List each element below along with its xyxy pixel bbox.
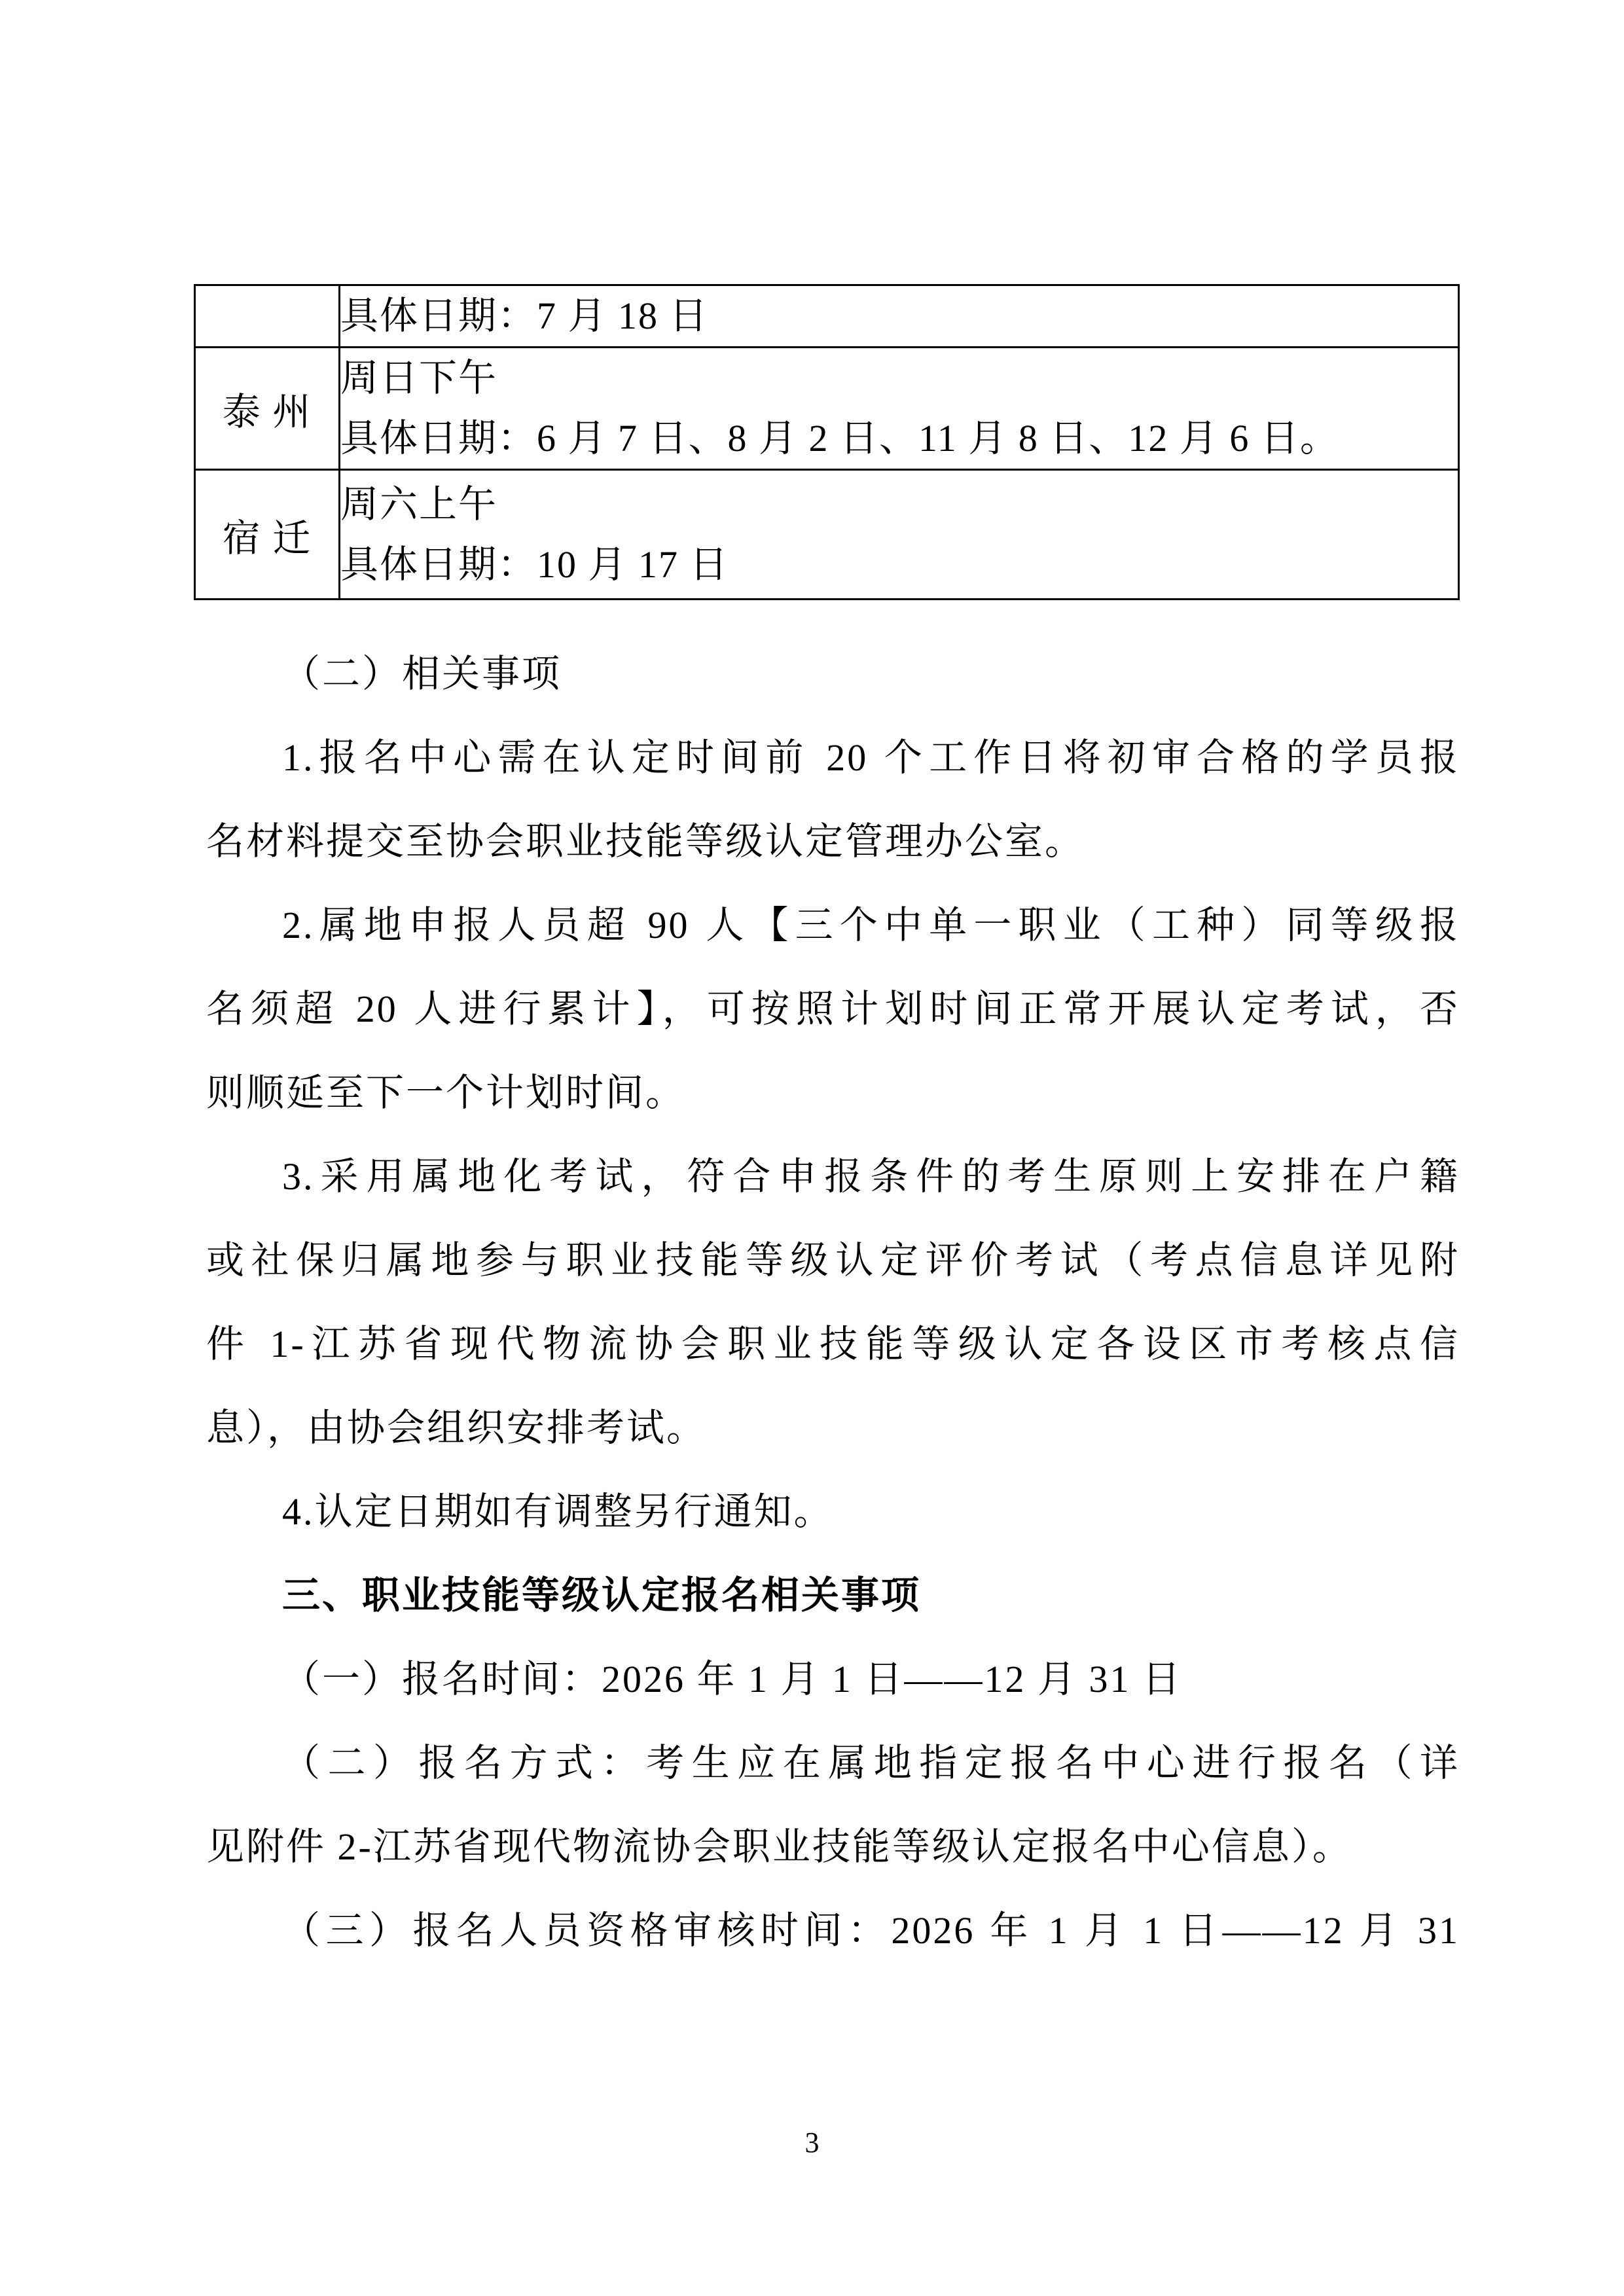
body-line: 见附件 2-江苏省现代物流协会职业技能等级认定报名中心信息）。	[206, 1805, 1460, 1889]
body-line: 名材料提交至协会职业技能等级认定管理办公室。	[206, 800, 1460, 884]
schedule-cell: 具体日期：7 月 18 日	[340, 285, 1459, 348]
body-line: 或社保归属地参与职业技能等级认定评价考试（考点信息详见附	[206, 1219, 1460, 1302]
city-cell: 泰 州	[195, 348, 340, 470]
body-line: 1.报名中心需在认定时间前 20 个工作日将初审合格的学员报	[206, 716, 1460, 800]
schedule-line: 周日下午	[340, 348, 1458, 408]
body-line: （二）报名方式：考生应在属地指定报名中心进行报名（详	[206, 1721, 1460, 1805]
body-line: 则顺延至下一个计划时间。	[206, 1051, 1460, 1135]
table-row-taizhou: 泰 州 周日下午 具体日期：6 月 7 日、8 月 2 日、11 月 8 日、1…	[195, 348, 1459, 470]
body-line: 息），由协会组织安排考试。	[206, 1386, 1460, 1470]
table-row-continuation: 具体日期：7 月 18 日	[195, 285, 1459, 348]
body-line: 4.认定日期如有调整另行通知。	[206, 1470, 1460, 1554]
schedule-line: 周六上午	[340, 475, 1458, 535]
city-cell-empty	[195, 285, 340, 348]
body-line: （二）相关事项	[206, 632, 1460, 716]
schedule-cell: 周日下午 具体日期：6 月 7 日、8 月 2 日、11 月 8 日、12 月 …	[340, 348, 1459, 470]
body-text-block: （二）相关事项 1.报名中心需在认定时间前 20 个工作日将初审合格的学员报 名…	[206, 632, 1460, 1973]
body-line: （三）报名人员资格审核时间：2026 年 1 月 1 日——12 月 31	[206, 1889, 1460, 1973]
document-page: 具体日期：7 月 18 日 泰 州 周日下午 具体日期：6 月 7 日、8 月 …	[0, 0, 1624, 2296]
body-line: （一）报名时间：2026 年 1 月 1 日——12 月 31 日	[206, 1638, 1460, 1721]
schedule-line: 具体日期：6 月 7 日、8 月 2 日、11 月 8 日、12 月 6 日。	[340, 408, 1458, 469]
body-line: 3.采用属地化考试，符合申报条件的考生原则上安排在户籍	[206, 1135, 1460, 1219]
body-line: 件 1-江苏省现代物流协会职业技能等级认定各设区市考核点信	[206, 1302, 1460, 1386]
page-number: 3	[0, 2126, 1624, 2160]
schedule-line: 具体日期：7 月 18 日	[340, 286, 1458, 346]
city-cell: 宿 迁	[195, 470, 340, 600]
schedule-cell: 周六上午 具体日期：10 月 17 日	[340, 470, 1459, 600]
body-line: 2.属地申报人员超 90 人【三个中单一职业（工种）同等级报	[206, 884, 1460, 967]
table-row-suqian: 宿 迁 周六上午 具体日期：10 月 17 日	[195, 470, 1459, 600]
body-line: 名须超 20 人进行累计】，可按照计划时间正常开展认定考试，否	[206, 967, 1460, 1051]
exam-schedule-table: 具体日期：7 月 18 日 泰 州 周日下午 具体日期：6 月 7 日、8 月 …	[194, 284, 1460, 600]
section-heading: 三、职业技能等级认定报名相关事项	[206, 1554, 1460, 1638]
schedule-line: 具体日期：10 月 17 日	[340, 535, 1458, 595]
